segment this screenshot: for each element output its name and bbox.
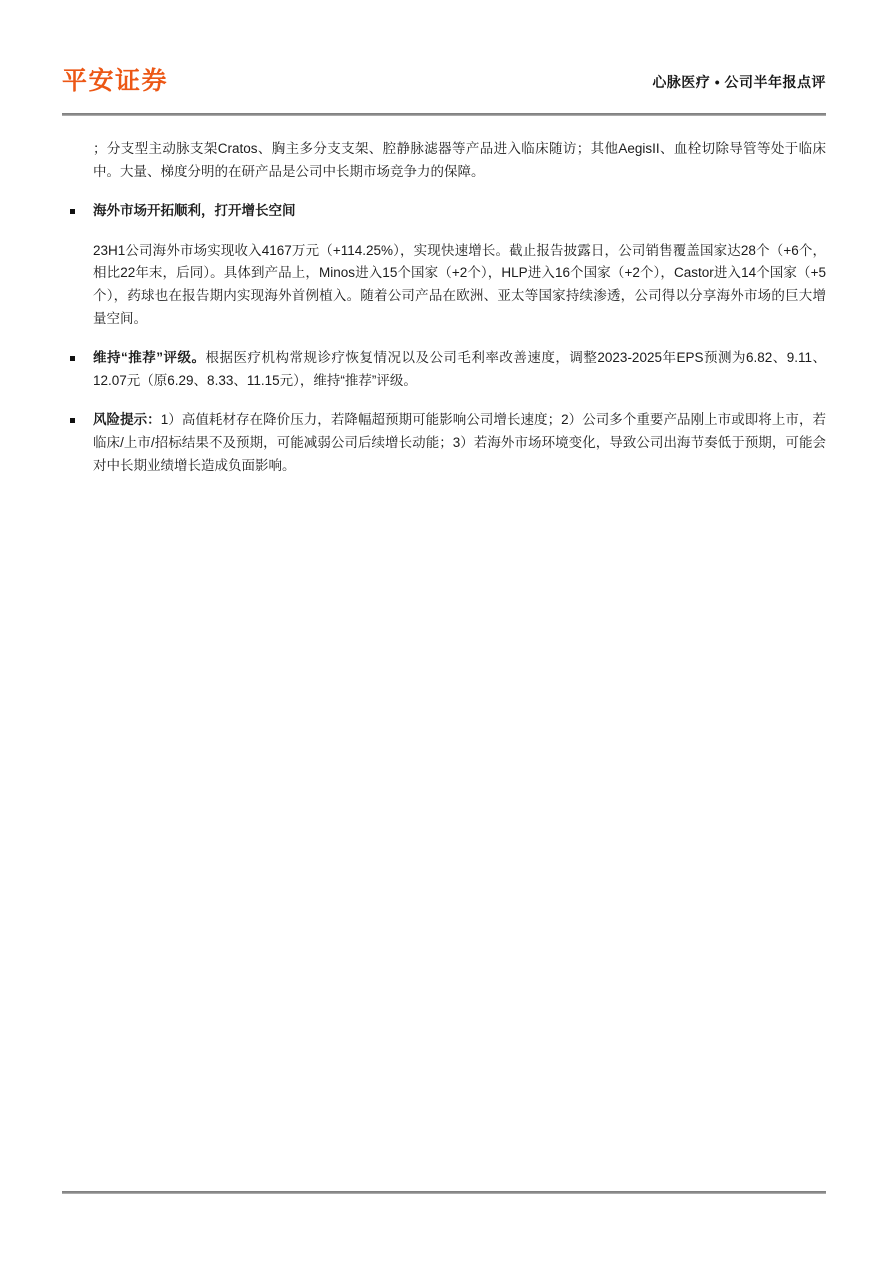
- risk-lead: 风险提示：: [93, 412, 161, 427]
- header-doc-title: 心脉医疗 • 公司半年报点评: [652, 72, 826, 96]
- overseas-paragraph: 23H1公司海外市场实现收入4167万元（+114.25%），实现快速增长。截止…: [93, 240, 826, 330]
- footer-divider: [62, 1191, 826, 1194]
- report-page: 平安证券 心脉医疗 • 公司半年报点评 ；分支型主动脉支架Cratos、胸主多分…: [0, 0, 893, 1261]
- page-header: 平安证券 心脉医疗 • 公司半年报点评: [62, 68, 826, 96]
- risk-text: 1）高值耗材存在降价压力，若降幅超预期可能影响公司增长速度；2）公司多个重要产品…: [93, 412, 826, 472]
- header-divider: [62, 113, 826, 116]
- rating-bullet: 维持“推荐”评级。根据医疗机构常规诊疗恢复情况以及公司毛利率改善速度，调整202…: [93, 347, 826, 392]
- report-body: ；分支型主动脉支架Cratos、胸主多分支支架、腔静脉滤器等产品进入临床随访；其…: [93, 138, 826, 494]
- risk-bullet: 风险提示：1）高值耗材存在降价压力，若降幅超预期可能影响公司增长速度；2）公司多…: [93, 409, 826, 477]
- rating-lead: 维持“推荐”评级。: [93, 350, 205, 365]
- continuation-paragraph: ；分支型主动脉支架Cratos、胸主多分支支架、腔静脉滤器等产品进入临床随访；其…: [93, 138, 826, 183]
- section-heading-overseas: 海外市场开拓顺利，打开增长空间: [93, 200, 826, 223]
- pingan-securities-logo: 平安证券: [62, 68, 168, 96]
